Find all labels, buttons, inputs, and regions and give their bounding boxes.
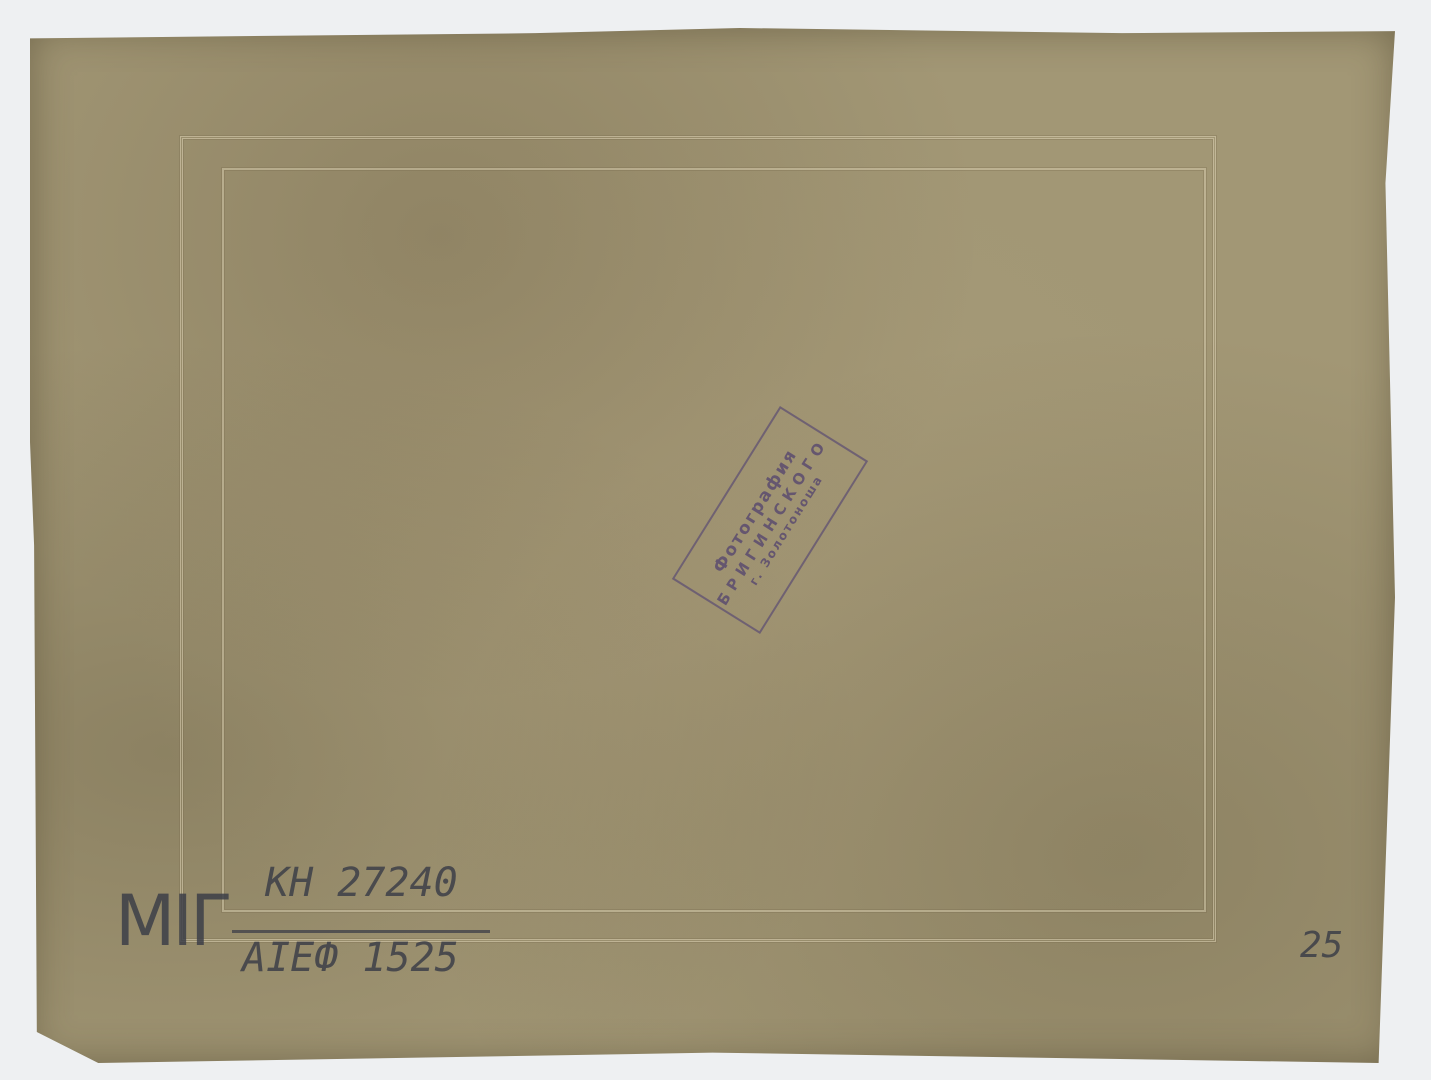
handwritten-mark-mig: МІГ [115, 880, 230, 962]
fraction-line [232, 930, 490, 933]
handwritten-inventory-number: КН 27240 [265, 860, 458, 906]
handwritten-corner-number: 25 [1300, 925, 1343, 966]
handwritten-archive-number: АІЕФ 1525 [242, 935, 459, 981]
